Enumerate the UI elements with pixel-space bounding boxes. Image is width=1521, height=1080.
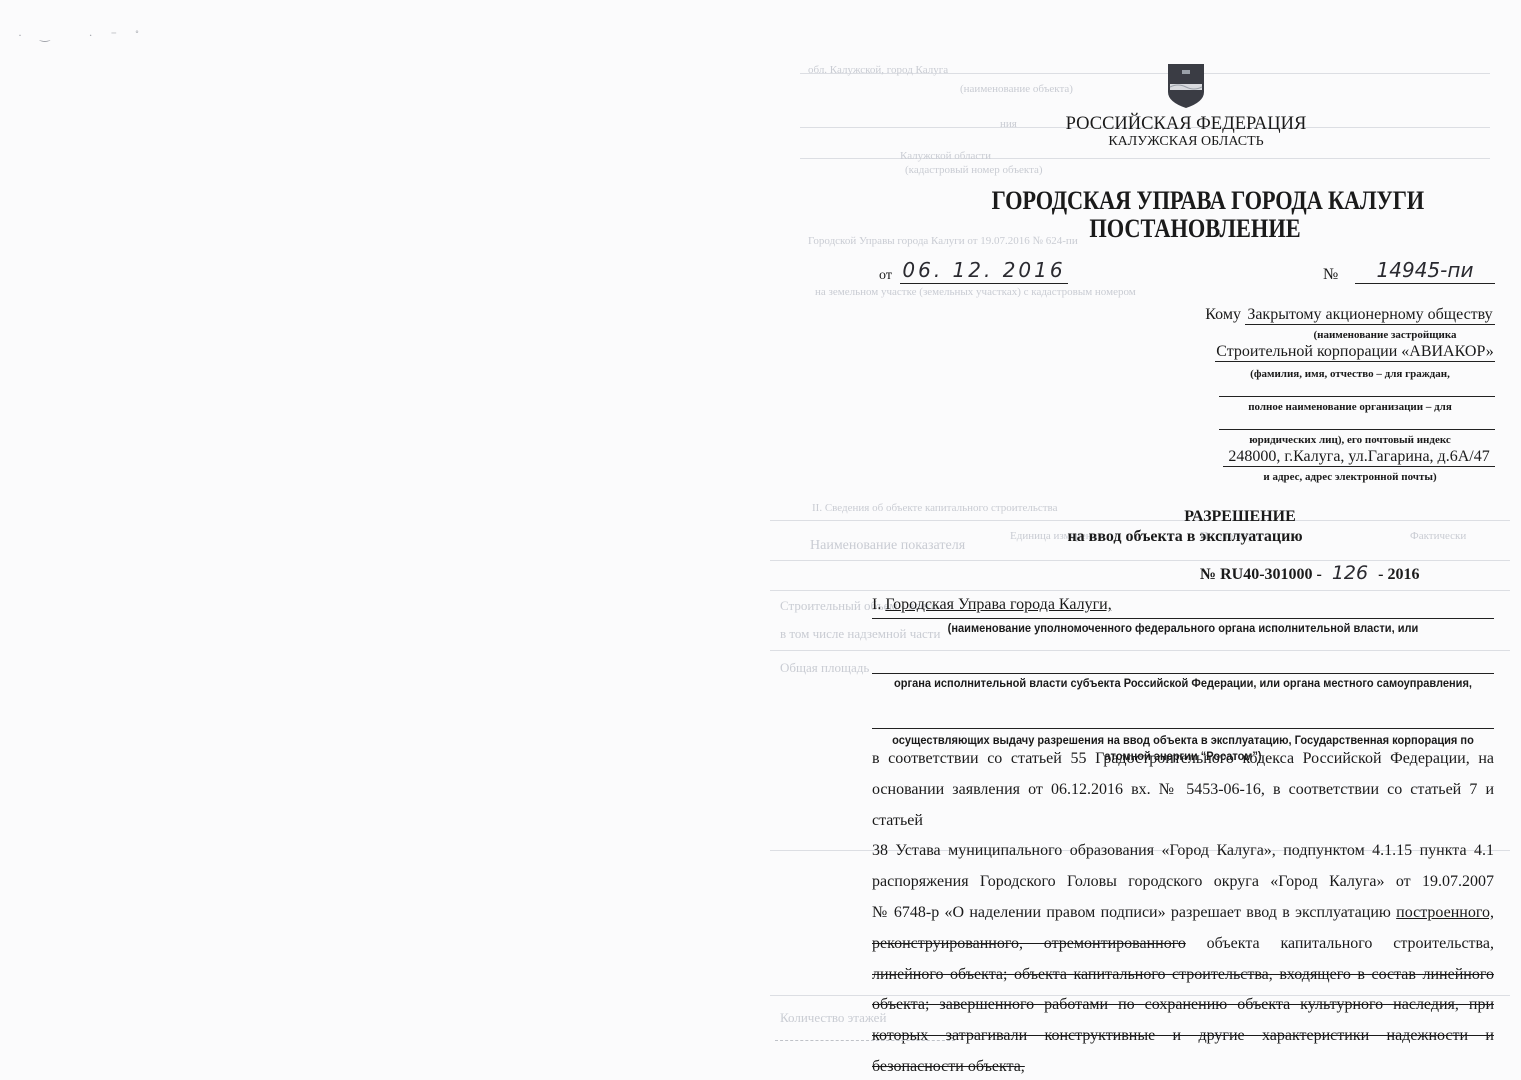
recipient-name-line2: Строительной корпорации «АВИАКОР» xyxy=(1215,343,1495,362)
to-label: Кому xyxy=(1205,306,1241,323)
body-text-struck: реконструированного, отремонтированного xyxy=(872,935,1186,952)
body-text: объекта капитального строительства, xyxy=(1186,935,1494,952)
ghost-text: II. Сведения об объекте капитального стр… xyxy=(812,502,1058,514)
doc-type-title: ПОСТАНОВЛЕНИЕ xyxy=(1088,214,1303,244)
body-line: № 6748-р «О наделении правом подписи» ра… xyxy=(872,898,1494,929)
body-line-struck: объекта; завершенного работами по сохран… xyxy=(872,990,1494,1021)
scan-specks: ·‿ ·⁻˚ xyxy=(18,28,157,43)
issuer-note: (наименование уполномоченного федерально… xyxy=(884,623,1481,651)
region-heading: КАЛУЖСКАЯ ОБЛАСТЬ xyxy=(1060,134,1312,150)
body-line: распоряжения Городского Головы городског… xyxy=(872,867,1494,898)
recipient-note: (фамилия, имя, отчество – для граждан, xyxy=(1205,367,1495,382)
ghost-line xyxy=(770,590,1510,591)
recipient-note: (наименование застройщика xyxy=(1205,328,1495,343)
blank-line xyxy=(872,651,1494,674)
ghost-text: (кадастровый номер объекта) xyxy=(905,164,1043,176)
issuer-name: Городская Управа города Калуги, xyxy=(885,596,1111,613)
authority-title: ГОРОДСКАЯ УПРАВА ГОРОДА КАЛУГИ xyxy=(409,186,1424,216)
blank-line xyxy=(872,706,1494,729)
body-line: реконструированного, отремонтированного … xyxy=(872,929,1494,960)
blank-line xyxy=(1219,382,1495,397)
permit-number-prefix: № RU40-301000 - xyxy=(1200,566,1322,583)
issuer-note: органа исполнительной власти субъекта Ро… xyxy=(884,678,1481,706)
permit-title: РАЗРЕШЕНИЕ xyxy=(1040,508,1440,526)
ghost-text: Наименование показателя xyxy=(810,538,965,554)
recipient-block: Кому Закрытому акционерному обществу (на… xyxy=(1205,306,1495,485)
recipient-address: 248000, г.Калуга, ул.Гагарина, д.6А/47 xyxy=(1223,448,1495,467)
ghost-text: ния xyxy=(1000,118,1017,130)
body-line-struck: которых затрагивали конструктивные и дру… xyxy=(872,1021,1494,1052)
ghost-text: Городской Управы города Калуги от 19.07.… xyxy=(808,235,1078,247)
permit-number: № RU40-301000 - 126 - 2016 xyxy=(1200,562,1419,584)
number-label: № xyxy=(1323,266,1338,284)
recipient-note: полное наименование организации – для xyxy=(1205,400,1495,415)
permit-number-suffix: - 2016 xyxy=(1378,566,1419,583)
body-line-struck: линейного объекта; объекта капитального … xyxy=(872,960,1494,991)
country-heading: РОССИЙСКАЯ ФЕДЕРАЦИЯ xyxy=(1060,114,1312,135)
recipient-name-line1: Закрытому акционерному обществу xyxy=(1245,306,1495,325)
ghost-text: на земельном участке (земельных участках… xyxy=(815,286,1136,298)
body-line: основании заявления от 06.12.2016 вх. № … xyxy=(872,775,1494,837)
body-line: в соответствии со статьей 55 Градостроит… xyxy=(872,744,1494,775)
blank-line xyxy=(1219,415,1495,430)
scanned-document-page: ·‿ ·⁻˚ обл. Калужской, город Калуга (наи… xyxy=(0,0,1521,1080)
body-line-struck: безопасности объекта, xyxy=(872,1052,1494,1080)
ghost-text: обл. Калужской, город Калуга xyxy=(808,64,948,76)
body-line: 38 Устава муниципального образования «Го… xyxy=(872,836,1494,867)
body-text: № 6748-р «О наделении правом подписи» ра… xyxy=(872,904,1396,921)
ghost-text: Калужской области xyxy=(900,150,991,162)
date-label: от xyxy=(879,268,892,284)
decree-date: 06. 12. 2016 xyxy=(900,258,1068,284)
ghost-text: Фактически xyxy=(1410,530,1466,542)
coat-of-arms-icon xyxy=(1166,62,1206,110)
body-text-underlined: построенного, xyxy=(1396,904,1494,921)
permit-body-paragraph: в соответствии со статьей 55 Градостроит… xyxy=(872,744,1494,1080)
section-number: I. xyxy=(872,596,881,613)
ghost-line xyxy=(770,560,1510,561)
decree-number: 14945-пи xyxy=(1355,258,1495,284)
recipient-note: юридических лиц), его почтовый индекс xyxy=(1205,433,1495,448)
recipient-note: и адрес, адрес электронной почты) xyxy=(1205,470,1495,485)
permit-subtitle: на ввод объекта в эксплуатацию xyxy=(1020,528,1350,546)
ghost-text: Количество этажей xyxy=(780,1010,886,1026)
scan-artifact-line xyxy=(775,1040,955,1041)
section-issuer: I. Городская Управа города Калуги, (наим… xyxy=(872,596,1494,765)
permit-number-handwritten: 126 xyxy=(1332,562,1368,584)
ghost-text: (наименование объекта) xyxy=(960,83,1073,95)
ghost-text: Общая площадь xyxy=(780,660,869,676)
